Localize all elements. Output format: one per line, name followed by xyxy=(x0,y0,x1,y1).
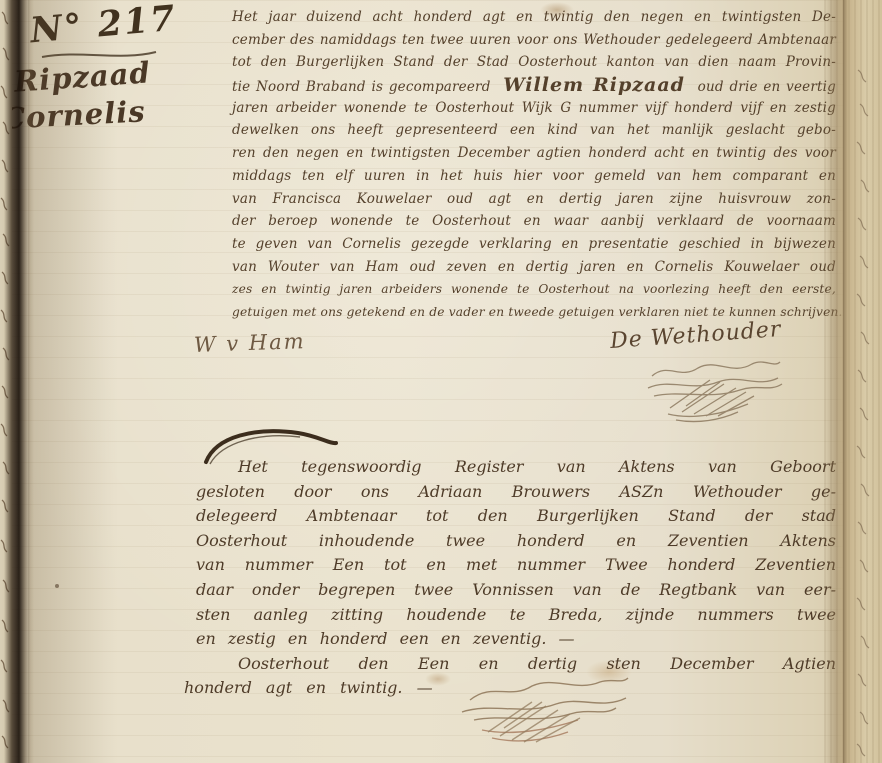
act-line-text: tie Noord Braband is gecompareerd xyxy=(232,79,491,95)
act-line: Het jaar duizend acht honderd agt en twi… xyxy=(232,6,836,29)
page-crease xyxy=(843,0,848,763)
act-line: jaren arbeider wonende te Oosterhout Wij… xyxy=(232,97,836,120)
act-line: tot den Burgerlijken Stand der Stad Oost… xyxy=(232,51,836,74)
closing-line: daar onder begrepen twee Vonnissen van d… xyxy=(196,578,836,603)
closing-line: Het tegenswoordig Register van Aktens va… xyxy=(196,455,836,480)
closing-line: sten aanleg zitting houdende te Breda, z… xyxy=(196,603,836,628)
act-line: ren den negen en twintigsten December ag… xyxy=(232,142,836,165)
binding-shadow-soft xyxy=(28,0,118,763)
closing-line: van nummer Een tot en met nummer Twee ho… xyxy=(196,553,836,578)
official-signature-scribble xyxy=(640,356,795,426)
closing-line: delegeerd Ambtenaar tot den Burgerlijken… xyxy=(196,504,836,529)
scanned-register-page: N° 217 Ripzaad Cornelis Het jaar duizend… xyxy=(0,0,882,763)
closing-line: gesloten door ons Adriaan Brouwers ASZn … xyxy=(196,480,836,505)
emphasized-father-name: Willem Ripzaad xyxy=(503,74,685,96)
act-line: dewelken ons heeft gepresenteerd een kin… xyxy=(232,119,836,142)
act-line: zes en twintig jaren arbeiders wonende t… xyxy=(232,278,836,301)
act-line: tie Noord Braband is gecompareerd Willem… xyxy=(232,74,836,97)
act-line: middags ten elf uuren in het huis hier v… xyxy=(232,165,836,188)
closing-text: Het tegenswoordig Register van Aktens va… xyxy=(196,455,836,701)
page-edge-right xyxy=(824,0,882,763)
closing-line: Oosterhout inhoudende twee honderd en Ze… xyxy=(196,529,836,554)
closing-signature-scribble xyxy=(452,674,652,748)
act-line: der beroep wonende te Oosterhout en waar… xyxy=(232,210,836,233)
act-line-text: oud drie en veertig xyxy=(698,79,836,95)
act-text: Het jaar duizend acht honderd agt en twi… xyxy=(232,6,836,324)
act-line: van Francisca Kouwelaer oud agt en derti… xyxy=(232,188,836,211)
act-line: te geven van Cornelis gezegde verklaring… xyxy=(232,233,836,256)
closing-line: en zestig en honderd een en zeventig. — xyxy=(196,627,836,652)
next-page-text-fragments xyxy=(824,0,882,763)
act-line: van Wouter van Ham oud zeven en dertig j… xyxy=(232,256,836,279)
act-line: cember des namiddags ten twee uuren voor… xyxy=(232,29,836,52)
closing-dateline: Oosterhout den Een en dertig sten Decemb… xyxy=(196,652,836,677)
binding-shadow xyxy=(4,0,34,763)
witness-signature: W v Ham xyxy=(194,329,306,357)
